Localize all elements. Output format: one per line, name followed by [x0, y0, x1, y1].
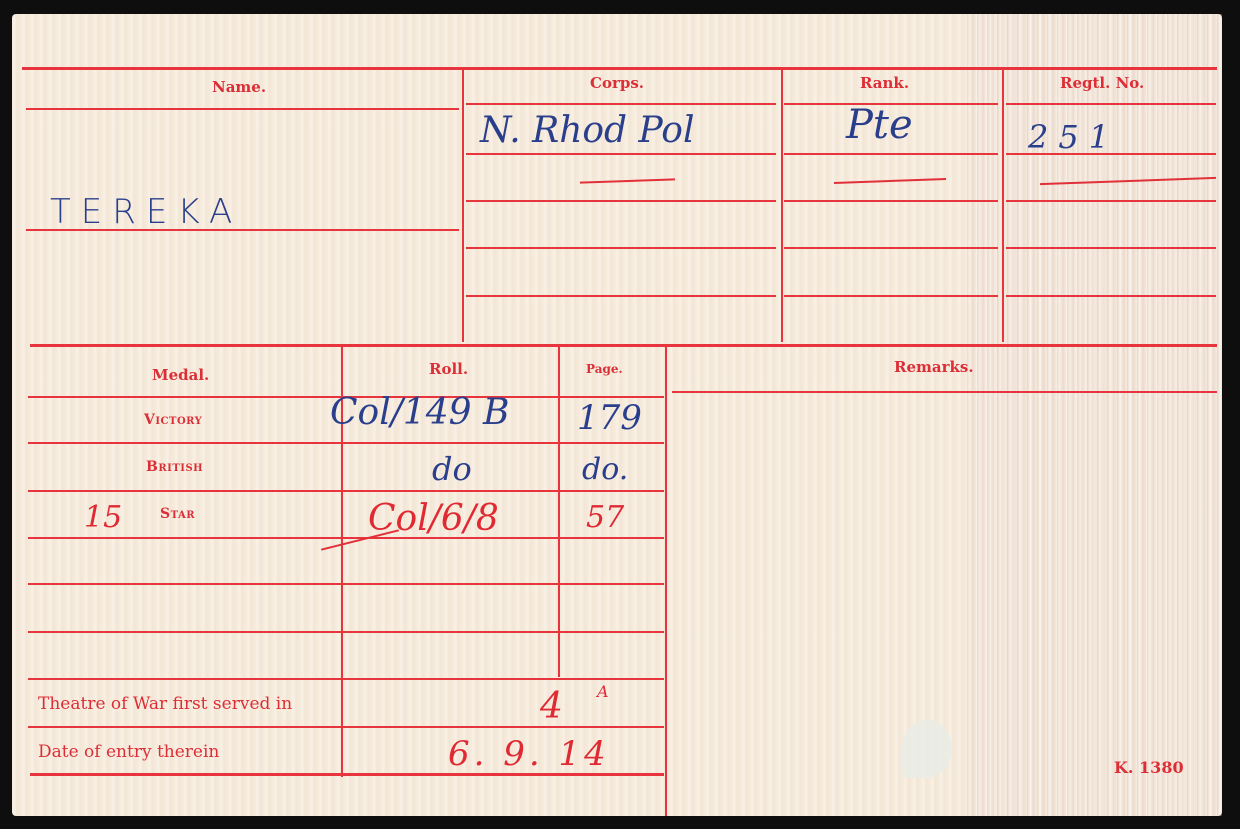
soldier-regtl-no: 251 [1028, 118, 1119, 156]
rule [1006, 103, 1216, 105]
leaf-watermark-icon [902, 720, 952, 778]
theatre-suffix: A [597, 682, 609, 701]
roll-victory: Col/149 B [330, 392, 509, 433]
divider-corps-rank [781, 69, 783, 342]
page-british: do. [582, 452, 628, 487]
rule [1006, 295, 1216, 297]
divider-page-remarks [665, 347, 667, 816]
regtl-no-label: Regtl. No. [1060, 74, 1144, 92]
page-star: 57 [586, 500, 624, 535]
ditto-mark [580, 178, 675, 183]
theatre-value: 4 [540, 686, 563, 727]
rule [466, 295, 776, 297]
rank-label: Rank. [860, 74, 909, 92]
form-number: K. 1380 [1114, 758, 1184, 777]
rule [28, 537, 664, 539]
medal-victory: Victory [144, 412, 202, 428]
remarks-rule [672, 391, 1217, 393]
rule [28, 678, 664, 680]
top-rule [22, 67, 1217, 70]
rule [784, 153, 998, 155]
roll-header: Roll. [429, 360, 468, 378]
remarks-label: Remarks. [894, 358, 974, 376]
divider-rank-regtl [1002, 69, 1004, 342]
medal-header: Medal. [152, 366, 209, 384]
star-prefix: 15 [84, 500, 122, 535]
ditto-mark [834, 178, 946, 184]
soldier-name: TEREKA [50, 192, 242, 232]
rule [28, 631, 664, 633]
theatre-label: Theatre of War first served in [38, 694, 292, 714]
medal-british: British [146, 459, 203, 475]
divider-name-corps [462, 69, 464, 342]
roll-flourish [321, 529, 399, 550]
rule [28, 726, 664, 728]
rule [466, 200, 776, 202]
page-victory: 179 [577, 398, 642, 438]
medal-star: Star [160, 506, 195, 522]
soldier-corps: N. Rhod Pol [480, 110, 695, 151]
rule [26, 108, 459, 110]
page-header: Page. [586, 362, 623, 376]
section-rule [30, 344, 1217, 347]
name-label: Name. [212, 78, 266, 96]
rule [784, 247, 998, 249]
rule [1006, 200, 1216, 202]
rule [784, 200, 998, 202]
medal-index-card: Name. Corps. Rank. Regtl. No. TEREKA N. … [12, 14, 1222, 816]
rule [784, 295, 998, 297]
rule [466, 247, 776, 249]
rule [28, 490, 664, 492]
rule [1006, 247, 1216, 249]
date-label: Date of entry therein [38, 742, 219, 762]
soldier-rank: Pte [846, 102, 913, 148]
rule [28, 442, 664, 444]
rule [466, 103, 776, 105]
date-value: 6. 9. 14 [448, 734, 610, 774]
roll-british: do [432, 450, 472, 488]
corps-label: Corps. [590, 74, 644, 92]
rule [466, 153, 776, 155]
rule [28, 583, 664, 585]
